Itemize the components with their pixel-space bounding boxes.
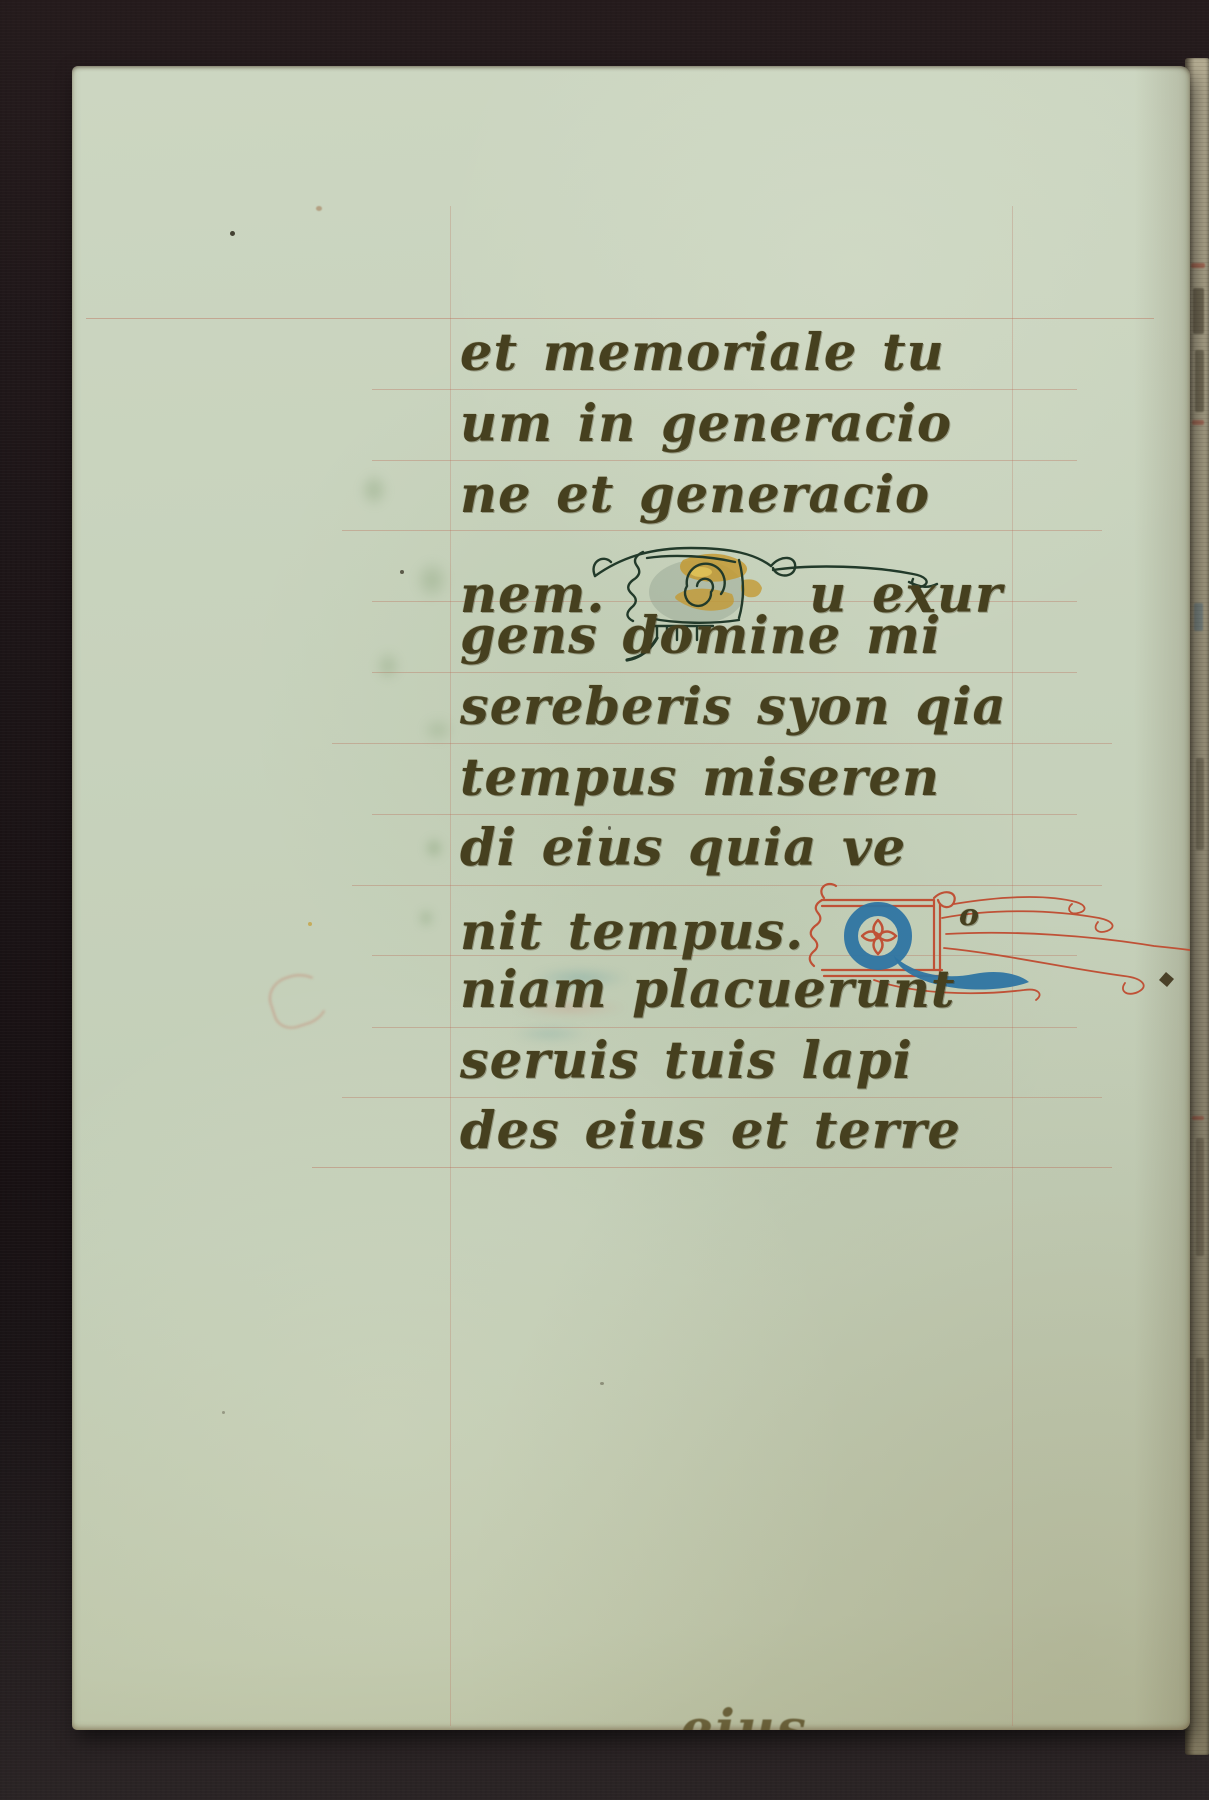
text-line: tempus miseren <box>460 743 1120 814</box>
fore-edge-red-mark <box>1191 263 1205 268</box>
line-text: sereberis syon qia <box>460 677 1007 737</box>
line-text: et memoriale tu <box>460 323 945 383</box>
text-line-with-blue-initial: nit tempus. <box>460 884 1120 955</box>
fore-edge-red-mark <box>1192 1116 1204 1120</box>
line-text: di eius quia ve <box>460 818 906 878</box>
ink-speck <box>600 1382 604 1385</box>
text-line-with-cadel-initial: nem. <box>460 530 1120 601</box>
text-line: gens domine mi <box>460 601 1120 672</box>
catchword-fragment: eius <box>680 1700 808 1730</box>
ruling-line <box>312 1167 1112 1168</box>
line-text: des eius et terre <box>460 1101 961 1161</box>
fore-edge-text-mark <box>1196 1358 1204 1440</box>
text-block: et memoriale tu um in generacio ne et ge… <box>460 318 1120 1167</box>
text-line: et memoriale tu <box>460 318 1120 389</box>
fore-edge-text-mark <box>1193 288 1204 334</box>
gold-fleck <box>308 922 312 926</box>
ink-speck <box>230 231 235 236</box>
ruling-vertical-left <box>450 206 451 1726</box>
line-text: ne et generacio <box>460 465 930 525</box>
ink-speck <box>400 570 404 574</box>
rust-stain <box>316 206 322 211</box>
text-line: sereberis syon qia <box>460 672 1120 743</box>
line-text: tempus miseren <box>460 748 940 808</box>
text-line: des eius et terre <box>460 1096 1120 1167</box>
fore-edge-red-mark <box>1192 420 1204 425</box>
text-line: ne et generacio <box>460 460 1120 531</box>
photograph-backdrop: et memoriale tu um in generacio ne et ge… <box>0 0 1209 1800</box>
fore-edge-text-mark <box>1196 758 1204 850</box>
superscript-letter: o <box>959 898 979 933</box>
line-text: seruis tuis lapi <box>460 1031 913 1091</box>
fore-edge-blue-mark <box>1194 603 1203 631</box>
text-line: seruis tuis lapi <box>460 1026 1120 1097</box>
show-through-ghost <box>404 818 464 958</box>
fore-edge-text-mark <box>1196 1138 1204 1256</box>
line-text: gens domine mi <box>460 606 941 666</box>
text-line: di eius quia ve <box>460 813 1120 884</box>
line-text: um in generacio <box>460 394 952 454</box>
show-through-red-squiggle <box>263 966 334 1033</box>
ink-speck <box>222 1411 225 1414</box>
text-line: um in generacio <box>460 389 1120 460</box>
line-text: niam placuerunt <box>460 960 955 1020</box>
manuscript-page: et memoriale tu um in generacio ne et ge… <box>72 66 1190 1730</box>
line-text: nit tempus. <box>460 902 804 962</box>
fore-edge-text-mark <box>1195 350 1204 412</box>
